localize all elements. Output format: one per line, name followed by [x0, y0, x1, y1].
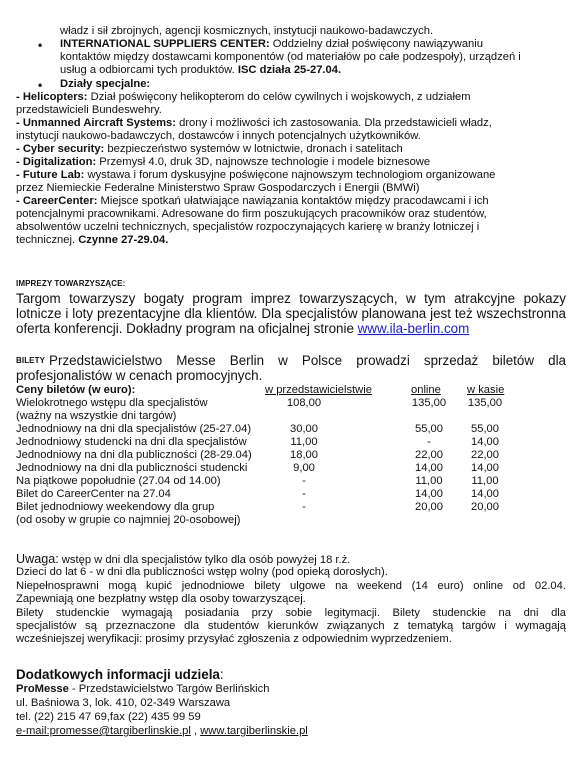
note-students-line2: specjalistów są przeznaczone dla student… — [16, 620, 566, 633]
ticket-note: (od osoby w grupie co najmniej 20-osobow… — [16, 514, 241, 527]
price-representative: - — [278, 475, 330, 488]
cyber-title: - Cyber security: — [16, 143, 104, 155]
ticket-name: Jednodniowy studencki na dni dla specjal… — [16, 436, 247, 449]
bullet-icon: • — [38, 78, 42, 92]
price-online: 55,00 — [404, 423, 454, 436]
special-departments-title: Działy specjalne: — [60, 78, 150, 91]
price-online: 20,00 — [404, 501, 454, 514]
cyber-text: bezpieczeństwo systemów w lotnictwie, dr… — [104, 143, 402, 155]
note-students-line1: Bilety studenckie wymagają posiadania pr… — [16, 607, 566, 620]
bullet-icon: • — [38, 38, 42, 52]
events-line3: oferta konferencji. Dokładny program na … — [16, 321, 469, 336]
events-line2: lotnicze i loty prezentacyjne dla klient… — [16, 306, 566, 321]
contact-heading-colon: : — [220, 667, 224, 682]
column-header-representative: w przedstawicielstwie — [265, 384, 372, 397]
special-digitalization: - Digitalization: Przemysł 4.0, druk 3D,… — [16, 156, 430, 169]
uas-text: drony i możliwości ich zastosowania. Dla… — [176, 117, 492, 129]
website-link[interactable]: www.targiberlinskie.pl — [200, 725, 308, 737]
price-table-title: Ceny biletów (w euro): — [16, 384, 135, 397]
price-representative: 30,00 — [278, 423, 330, 436]
price-representative: 108,00 — [278, 397, 330, 410]
column-header-online: online — [411, 384, 441, 397]
contact-phone: tel. (22) 215 47 69,fax (22) 435 99 59 — [16, 711, 201, 724]
futurelab-text: wystawa i forum dyskusyjne poświęcone na… — [84, 169, 495, 181]
price-online: 135,00 — [404, 397, 454, 410]
contact-heading-text: Dodatkowych informacji udziela — [16, 667, 220, 682]
special-careercenter-line3: absolwentów uczelni technicznych, specja… — [16, 221, 479, 234]
futurelab-title: - Future Lab: — [16, 169, 84, 181]
intro-continuation: władz i sił zbrojnych, agencji kosmiczny… — [60, 25, 433, 38]
digitalization-title: - Digitalization: — [16, 156, 96, 168]
price-representative: 18,00 — [278, 449, 330, 462]
price-box-office: 14,00 — [462, 436, 508, 449]
isc-text-3: usług a odbiorcami tych produktów. — [60, 64, 238, 76]
price-online: 14,00 — [404, 462, 454, 475]
helicopters-title: - Helicopters: — [16, 91, 88, 103]
ticket-name: Na piątkowe popołudnie (27.04 od 14.00) — [16, 475, 221, 488]
price-representative: 9,00 — [278, 462, 330, 475]
price-representative: - — [278, 501, 330, 514]
contact-address: ul. Baśniowa 3, lok. 410, 02-349 Warszaw… — [16, 697, 230, 710]
price-box-office: 55,00 — [462, 423, 508, 436]
ticket-name: Wielokrotnego wstępu dla specjalistów — [16, 397, 208, 410]
special-futurelab-line1: - Future Lab: wystawa i forum dyskusyjne… — [16, 169, 495, 182]
link-separator: , — [191, 725, 200, 737]
special-cyber: - Cyber security: bezpieczeństwo systemó… — [16, 143, 403, 156]
company-name: ProMesse — [16, 683, 69, 695]
careercenter-text: Miejsce spotkań ułatwiające nawiązania k… — [97, 195, 488, 207]
helicopters-text: Dział poświęcony helikopterom do celów c… — [88, 91, 471, 103]
note-uwaga: Uwaga: wstęp w dni dla specjalistów tylk… — [16, 552, 350, 567]
special-careercenter-line2: potencjalnymi pracownikami. Adresowane d… — [16, 208, 487, 221]
careercenter-title: - CareerCenter: — [16, 195, 97, 207]
ticket-name: Jednodniowy na dni dla specjalistów (25-… — [16, 423, 251, 436]
price-online: 22,00 — [404, 449, 454, 462]
price-online: 14,00 — [404, 488, 454, 501]
column-header-box-office: w kasie — [467, 384, 504, 397]
tickets-intro-line2: profesjonalistów w cenach promocyjnych. — [16, 368, 262, 383]
special-futurelab-line2: przez Niemieckie Federalne Ministerstwo … — [16, 182, 420, 195]
price-online: - — [404, 436, 454, 449]
events-line1: Targom towarzyszy bogaty program imprez … — [16, 291, 566, 306]
ticket-name: Jednodniowy na dni dla publiczności (28-… — [16, 449, 252, 462]
events-text-3: oferta konferencji. Dokładny program na … — [16, 321, 358, 336]
isc-bullet-line1: INTERNATIONAL SUPPLIERS CENTER: Oddzieln… — [60, 38, 483, 51]
isc-text: Oddzielny dział poświęcony nawiązywaniu — [270, 38, 483, 50]
digitalization-text: Przemysł 4.0, druk 3D, najnowsze technol… — [96, 156, 430, 168]
note-students-line3: wcześniejszej weryfikacji: prosimy przys… — [16, 633, 452, 646]
careercenter-text-4: technicznej. — [16, 234, 78, 246]
price-box-office: 14,00 — [462, 488, 508, 501]
special-helicopters-line2: przedstawicieli Bundeswehry. — [16, 104, 162, 117]
company-description: - Przedstawicielstwo Targów Berlińskich — [69, 683, 270, 695]
isc-bullet-line2: kontaktów między dostawcami komponentów … — [60, 51, 521, 64]
ila-berlin-link[interactable]: www.ila-berlin.com — [358, 321, 470, 336]
price-box-office: 20,00 — [462, 501, 508, 514]
special-careercenter-line4: technicznej. Czynne 27-29.04. — [16, 234, 168, 247]
note-disabled-line1: Niepełnosprawni mogą kupić jednodniowe b… — [16, 580, 566, 593]
ticket-name: Bilet do CareerCenter na 27.04 — [16, 488, 171, 501]
price-representative: 11,00 — [278, 436, 330, 449]
uwaga-text: wstęp w dni dla specjalistów tylko dla o… — [59, 554, 351, 566]
uas-title: - Unmanned Aircraft Systems: — [16, 117, 176, 129]
ticket-name: Jednodniowy na dni dla publiczności stud… — [16, 462, 247, 475]
price-box-office: 22,00 — [462, 449, 508, 462]
isc-bullet-line3: usług a odbiorcami tych produktów. ISC d… — [60, 64, 341, 77]
careercenter-dates: Czynne 27-29.04. — [78, 234, 168, 246]
isc-dates: ISC działa 25-27.04. — [238, 64, 341, 76]
events-heading: IMPREZY TOWARZYSZĄCE: — [16, 279, 125, 288]
uwaga-label: Uwaga: — [16, 552, 59, 566]
price-online: 11,00 — [404, 475, 454, 488]
contact-heading: Dodatkowych informacji udziela: — [16, 667, 224, 682]
special-uas-line1: - Unmanned Aircraft Systems: drony i moż… — [16, 117, 492, 130]
ticket-name: Bilet jednodniowy weekendowy dla grup — [16, 501, 214, 514]
price-box-office: 14,00 — [462, 462, 508, 475]
contact-company: ProMesse - Przedstawicielstwo Targów Ber… — [16, 683, 269, 696]
price-box-office: 11,00 — [462, 475, 508, 488]
tickets-heading: BILETY — [16, 353, 45, 368]
contact-links: e-mail:promesse@targiberlinskie.pl , www… — [16, 725, 308, 738]
price-representative: - — [278, 488, 330, 501]
special-uas-line2: instytucji naukowo-badawczych, dostawców… — [16, 130, 421, 143]
note-children: Dzieci do lat 6 - w dni dla publiczności… — [16, 566, 388, 579]
special-helicopters-line1: - Helicopters: Dział poświęcony helikopt… — [16, 91, 471, 104]
special-careercenter-line1: - CareerCenter: Miejsce spotkań ułatwiaj… — [16, 195, 489, 208]
price-box-office: 135,00 — [462, 397, 508, 410]
isc-title: INTERNATIONAL SUPPLIERS CENTER: — [60, 38, 270, 50]
ticket-note: (ważny na wszystkie dni targów) — [16, 410, 176, 423]
email-link[interactable]: e-mail:promesse@targiberlinskie.pl — [16, 725, 191, 737]
note-disabled-line2: Zapewniają one bezpłatny wstęp dla osoby… — [16, 593, 306, 606]
document-page: władz i sił zbrojnych, agencji kosmiczny… — [0, 0, 582, 772]
